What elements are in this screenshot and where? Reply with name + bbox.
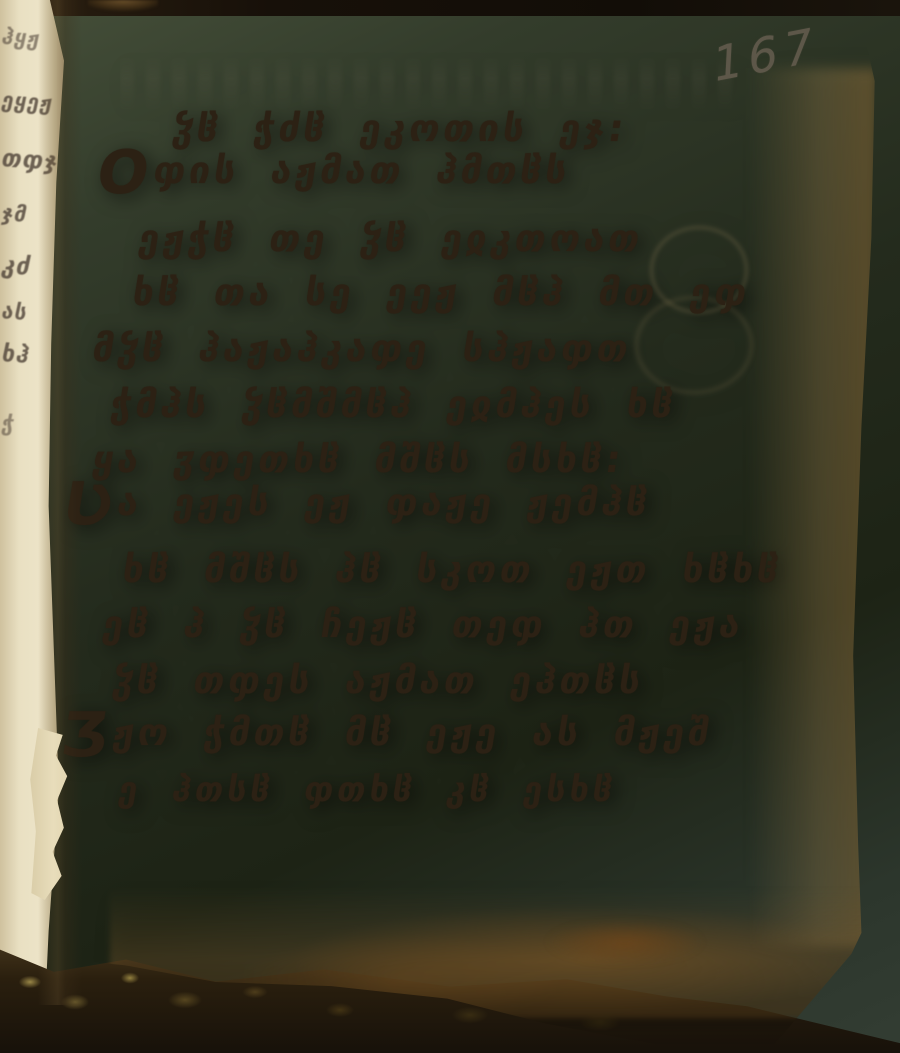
illuminated-initial: Ʒ: [56, 700, 113, 770]
facing-page-text-fragment: ეყეჟ: [0, 88, 55, 115]
line-text: ხჱ თა სე ეეჟ მჱჰ მთ ეჶ: [130, 271, 754, 314]
line-text: ეჱ ჰ ჴჱ ჩეჟჱ თეჶ ჰთ ეჟა: [100, 603, 748, 646]
manuscript-page: ჴჱ ჭძჱ ეკოთის ეჯ: Οჶის აჟმათ ჰმთჱს ეჟჭჱ …: [50, 8, 878, 1053]
facing-page-text-fragment: ას: [0, 299, 30, 324]
line-text: მჴჱ ჰაჟაჰკაჶე სჰჟაჶთ: [90, 327, 636, 370]
facing-page-text-fragment: ხჰ: [0, 341, 33, 369]
line-text: ჭმჰს ჴჱმშმჱჰ ეჲმჰეს ხჱ: [108, 383, 681, 426]
line-text: ჴჱ თჶეს აჟმათ ეჰთჱს: [110, 659, 648, 702]
manuscript-text-line: ე ჰთსჱ ჶთხჱ კჱ ესხჱ: [108, 756, 621, 826]
text-block: ჴჱ ჭძჱ ეკოთის ეჯ: Οჶის აჟმათ ჰმთჱს ეჟჭჱ …: [50, 8, 878, 1053]
line-text: ე ჰთსჱ ჶთხჱ კჱ ესხჱ: [116, 770, 620, 810]
line-text: ხჱ მშჱს ჰჱ სკოთ ეჟთ ხჱხჱ: [120, 548, 786, 591]
line-text: ა ეჟეს ეჟ ჶაჟე ჟემჰჱ: [114, 481, 654, 524]
facing-page-text-fragment: კძ: [0, 251, 34, 281]
line-text: ჶის აჟმათ ჰმთჱს: [151, 149, 574, 192]
manuscript-text-line: Οჶის აჟმათ ჰმთჱს: [92, 138, 576, 208]
binding-fragment: [88, 0, 158, 12]
manuscript-text-line: Ʋა ეჟეს ეჟ ჶაჟე ჟემჰჱ: [58, 470, 656, 540]
manuscript-photo: ჰყჟ ეყეჟ თჶჯ ჯმ კძ ას ხჰ ჭ ჴჱ ჭძჱ ეკოთის…: [0, 0, 900, 1053]
illuminated-initial: Ʋ: [58, 470, 118, 540]
facing-page-text-fragment: ჰყჟ: [0, 25, 43, 51]
line-text: ჟო ჭმთჱ მჱ ეჟე ას მჟეშ: [110, 711, 716, 754]
facing-page-text-fragment: თჶჯ: [0, 144, 61, 176]
facing-page-text-fragment: ჯმ: [0, 201, 30, 226]
illuminated-initial: Ο: [92, 138, 154, 208]
facing-page-text-fragment: ჭ: [0, 412, 17, 437]
line-text: ეჟჭჱ თე ჴჱ ეჲკთოათ: [136, 217, 647, 260]
